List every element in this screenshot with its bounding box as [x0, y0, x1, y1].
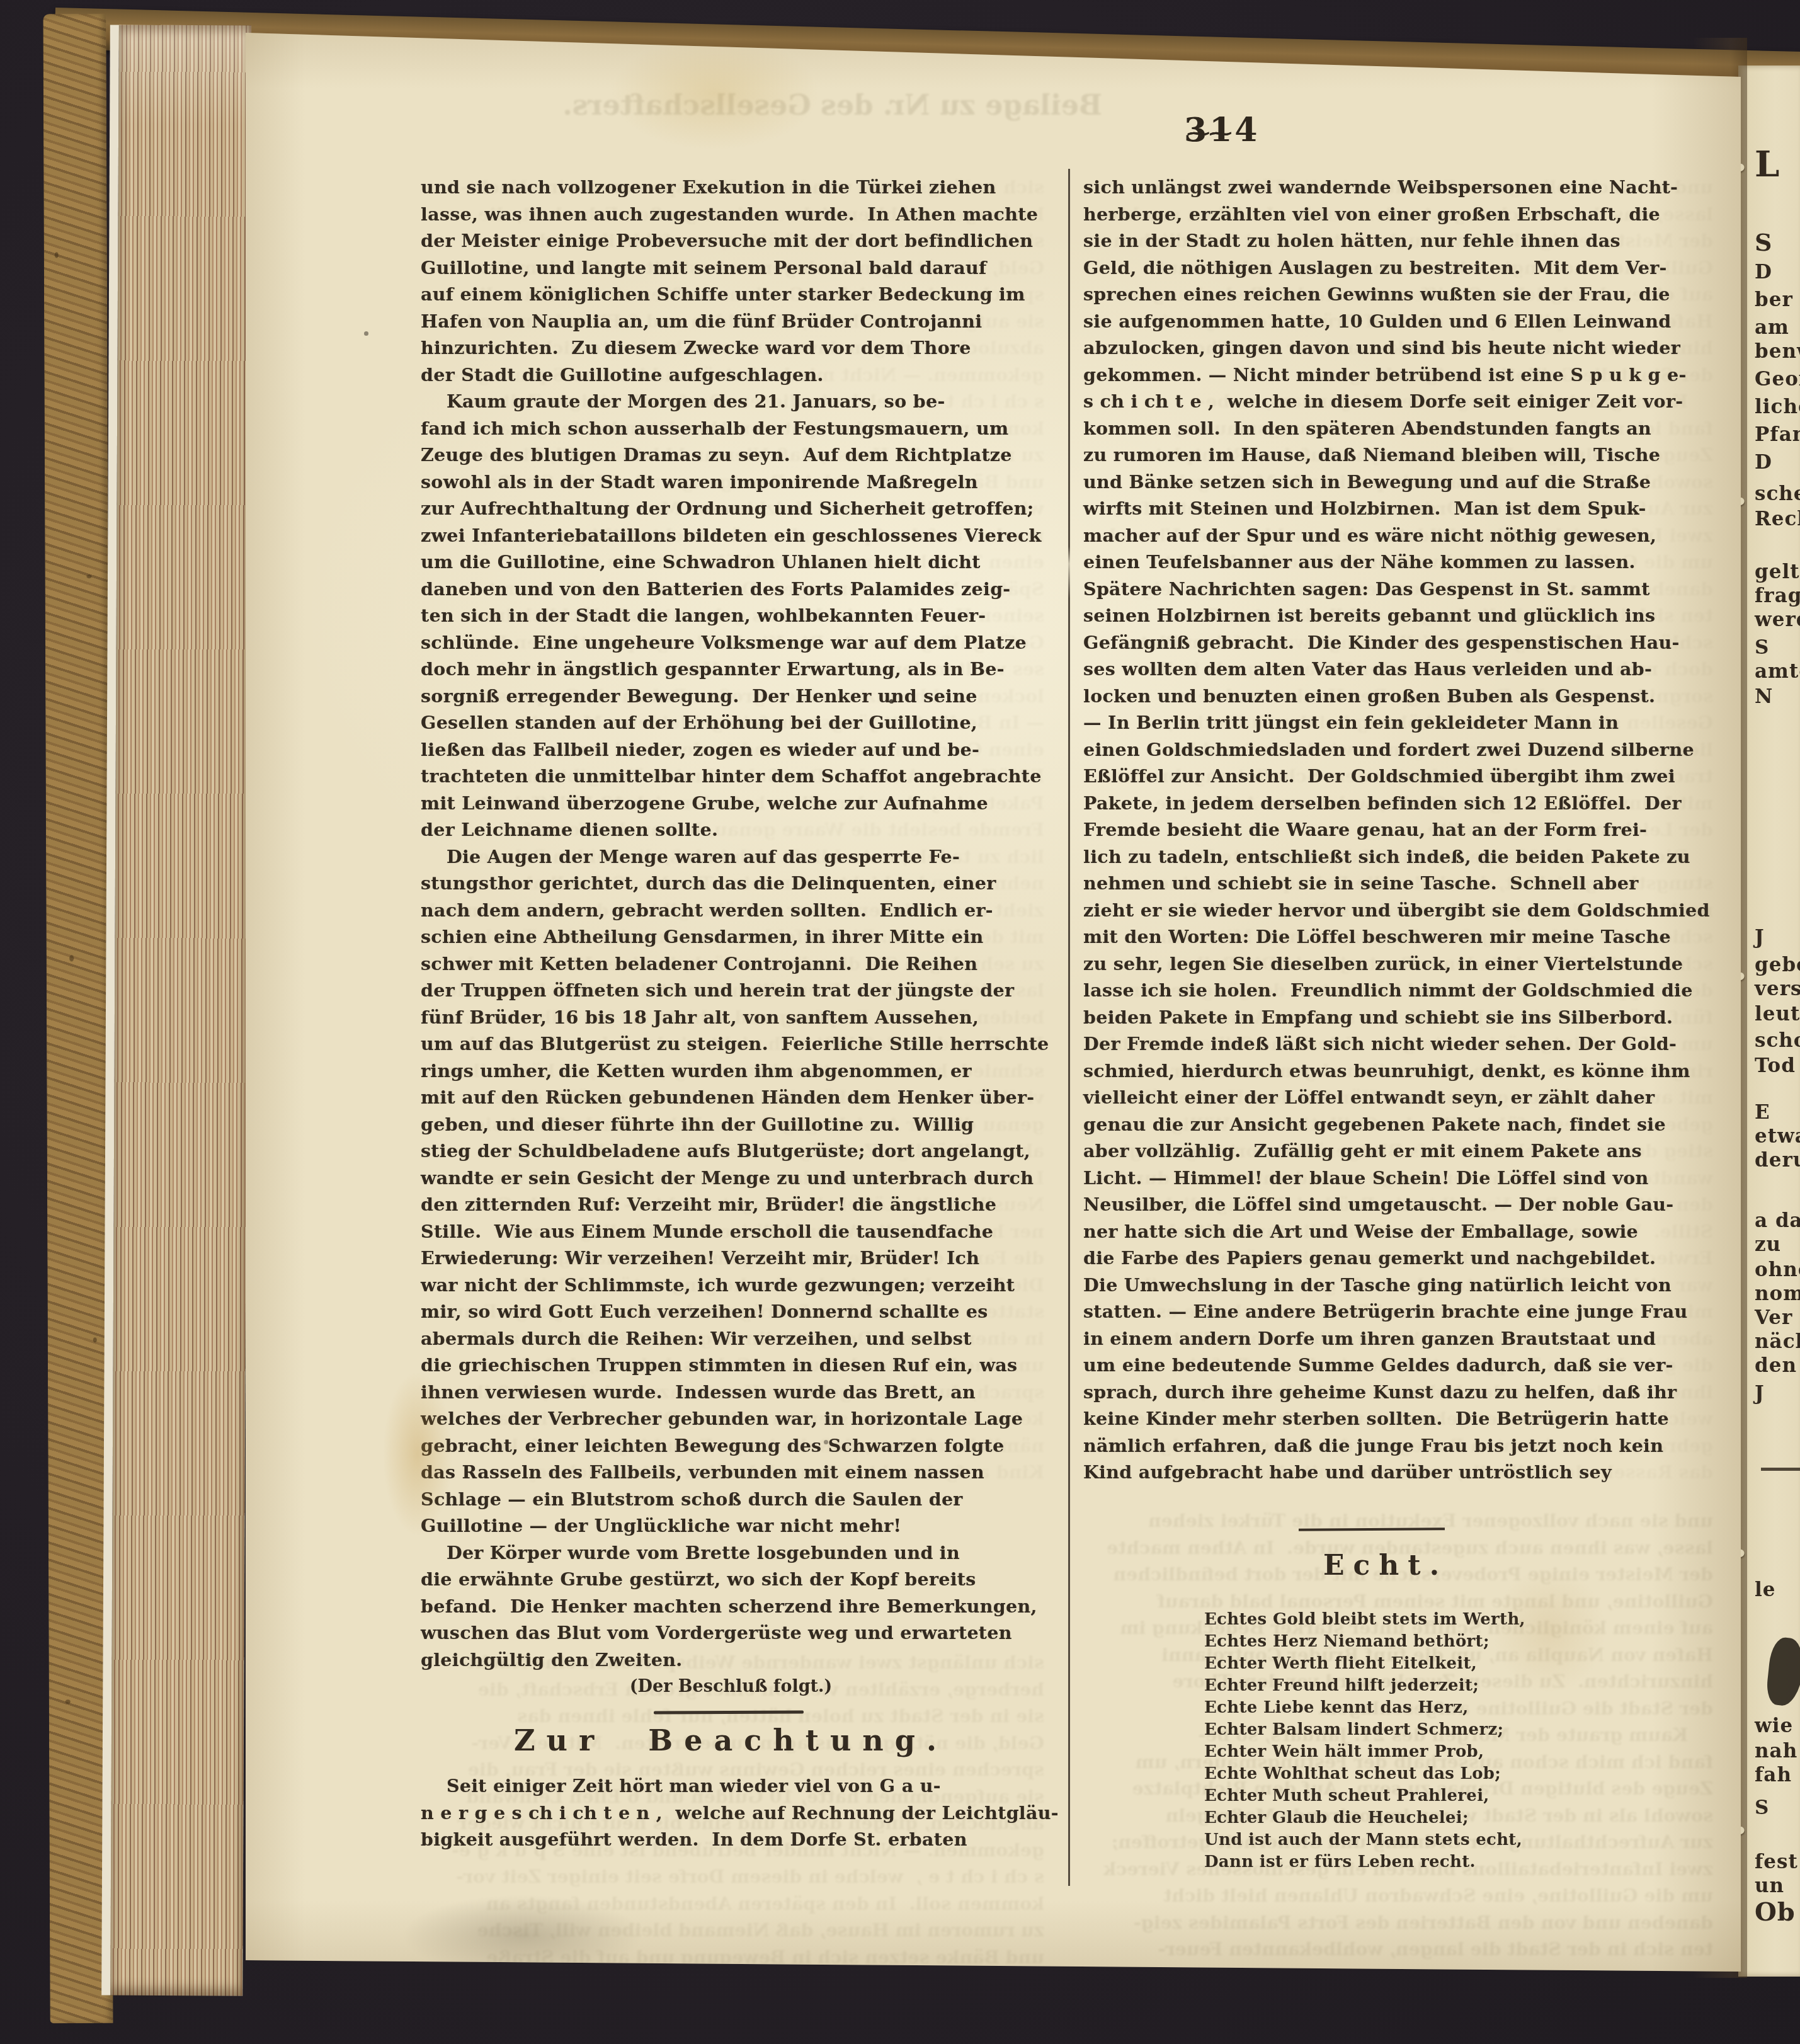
section-divider-rule [654, 1710, 804, 1714]
scanned-book-page: LSDberambenwGeorlichePfanDscheinRechgelt… [0, 0, 1800, 2044]
ink-speck [824, 1440, 828, 1444]
closing-note: (Der Beschluß folgt.) [421, 1677, 1041, 1696]
newspaper-page: Beilage zu Nr. des Gesellschafters. sich… [246, 30, 1741, 1978]
notice-heading: Zur Beachtung. [421, 1723, 1041, 1757]
showthrough-header: Beilage zu Nr. des Gesellschafters. [453, 89, 1102, 122]
paper-stain [611, 37, 819, 150]
page-edges-stack [101, 25, 251, 1996]
column-divider [1068, 169, 1070, 1886]
ink-speck [889, 699, 894, 704]
adjacent-page-rule [1761, 1468, 1800, 1471]
flourish-right-icon: ~~ [1184, 122, 1229, 144]
left-column-text: und sie nach vollzogener Exekution in di… [421, 174, 1049, 1673]
paper-smudge [403, 1895, 642, 1977]
poem-text: Echtes Gold bleibt stets im Werth, Echte… [1204, 1609, 1525, 1873]
notice-text: Seit einiger Zeit hört man wieder viel v… [421, 1773, 1059, 1853]
right-column-text: sich unlängst zwei wandernde Weibsperson… [1083, 174, 1710, 1486]
poem-divider-rule [1299, 1527, 1445, 1531]
poem-heading: Echt. [1083, 1550, 1688, 1582]
ink-speck [364, 331, 368, 336]
